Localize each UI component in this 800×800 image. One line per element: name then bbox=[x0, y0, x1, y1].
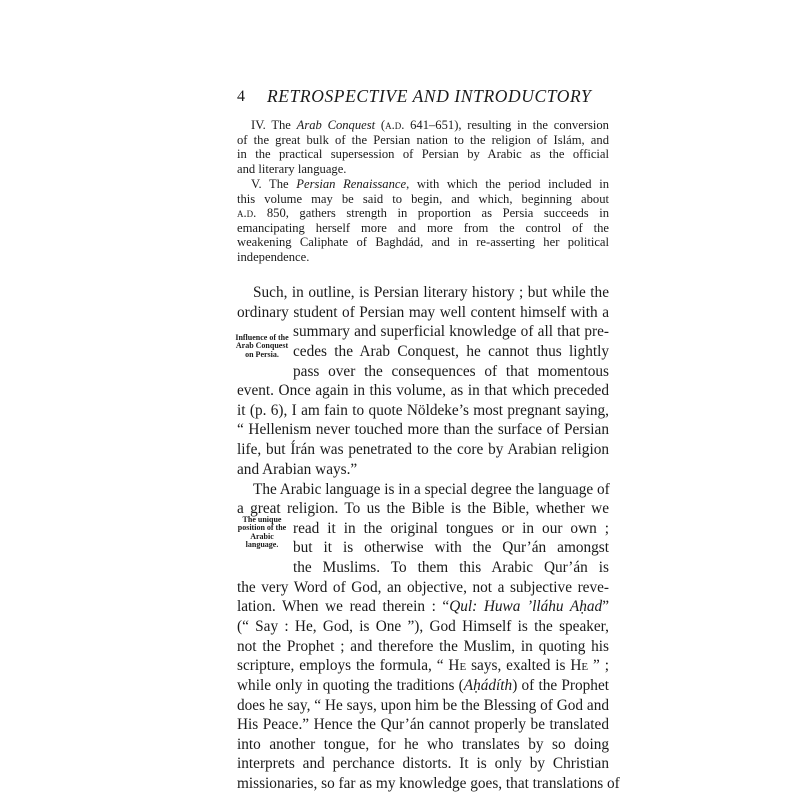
text-line: cedes the Arab Conquest, he cannot thus … bbox=[293, 342, 609, 362]
text-line: pass over the consequences of that momen… bbox=[293, 362, 609, 382]
text-line: does he say, “ He says, upon him be the … bbox=[237, 696, 609, 716]
text-line: read it in the original tongues or in ou… bbox=[293, 519, 609, 539]
text-line: weakening Caliphate of Baghdád, and in r… bbox=[237, 235, 609, 250]
text-line: in the practical supersession of Persian… bbox=[237, 147, 609, 162]
intro-point-v: V. The Persian Renaissance, with which t… bbox=[237, 177, 609, 265]
text-line: (“ Say : He, God, is One ”), God Himself… bbox=[237, 617, 609, 637]
text-line: IV. The Arab Conquest (a.d. 641–651), re… bbox=[237, 118, 609, 133]
text-line: the Muslims. To them this Arabic Qur’án … bbox=[293, 558, 609, 578]
page-number: 4 bbox=[237, 88, 246, 106]
text-line: emancipating herself more and more from … bbox=[237, 221, 609, 236]
text-line: and literary language. bbox=[237, 162, 609, 177]
text-line: independence. bbox=[237, 250, 609, 265]
text-line: the very Word of God, an objective, not … bbox=[237, 578, 609, 598]
text-line: this volume may be said to begin, and wh… bbox=[237, 192, 609, 207]
text-line: “ Hellenism never touched more than the … bbox=[237, 420, 609, 440]
sidenote-influence: Influence of the Arab Conquest on Persia… bbox=[235, 334, 289, 359]
text-line: a great religion. To us the Bible is the… bbox=[237, 499, 609, 519]
running-head: 4 RETROSPECTIVE AND INTRODUCTORY bbox=[237, 86, 609, 108]
text-line: The Arabic language is in a special degr… bbox=[237, 480, 609, 500]
text-line: event. Once again in this volume, as in … bbox=[237, 381, 609, 401]
text-line: not the Prophet ; and therefore the Musl… bbox=[237, 637, 609, 657]
text-line: ordinary student of Persian may well con… bbox=[237, 303, 609, 323]
text-line: Such, in outline, is Persian literary hi… bbox=[237, 283, 609, 303]
intro-point-iv: IV. The Arab Conquest (a.d. 641–651), re… bbox=[237, 118, 609, 176]
text-line: His Peace.” Hence the Qur’án cannot prop… bbox=[237, 715, 609, 735]
paragraph-influence: Such, in outline, is Persian literary hi… bbox=[237, 283, 609, 479]
text-line: into another tongue, for he who translat… bbox=[237, 735, 609, 755]
text-line: a.d. 850, gathers strength in proportion… bbox=[237, 206, 609, 221]
text-line: summary and superficial knowledge of all… bbox=[293, 322, 609, 342]
text-line: it (p. 6), I am fain to quote Nöldeke’s … bbox=[237, 401, 609, 421]
text-line: and Arabian ways.” bbox=[237, 460, 609, 480]
sidenote-arabic-language: The unique position of the Arabic langua… bbox=[235, 516, 289, 550]
text-line: life, but Írán was penetrated to the cor… bbox=[237, 440, 609, 460]
text-line: but it is otherwise with the Qur’án amon… bbox=[293, 538, 609, 558]
text-line: while only in quoting the traditions (Aḥ… bbox=[237, 676, 609, 696]
text-line: missionaries, so far as my knowledge goe… bbox=[237, 774, 609, 794]
text-line: scripture, employs the formula, “ He say… bbox=[237, 656, 609, 676]
text-line: lation. When we read therein : “Qul: Huw… bbox=[237, 597, 609, 617]
paragraph-arabic-language: The Arabic language is in a special degr… bbox=[237, 480, 609, 794]
text-line: V. The Persian Renaissance, with which t… bbox=[237, 177, 609, 192]
text-line: of the great bulk of the Persian nation … bbox=[237, 133, 609, 148]
text-line: interprets and perchance distorts. It is… bbox=[237, 754, 609, 774]
chapter-title: RETROSPECTIVE AND INTRODUCTORY bbox=[267, 86, 591, 107]
